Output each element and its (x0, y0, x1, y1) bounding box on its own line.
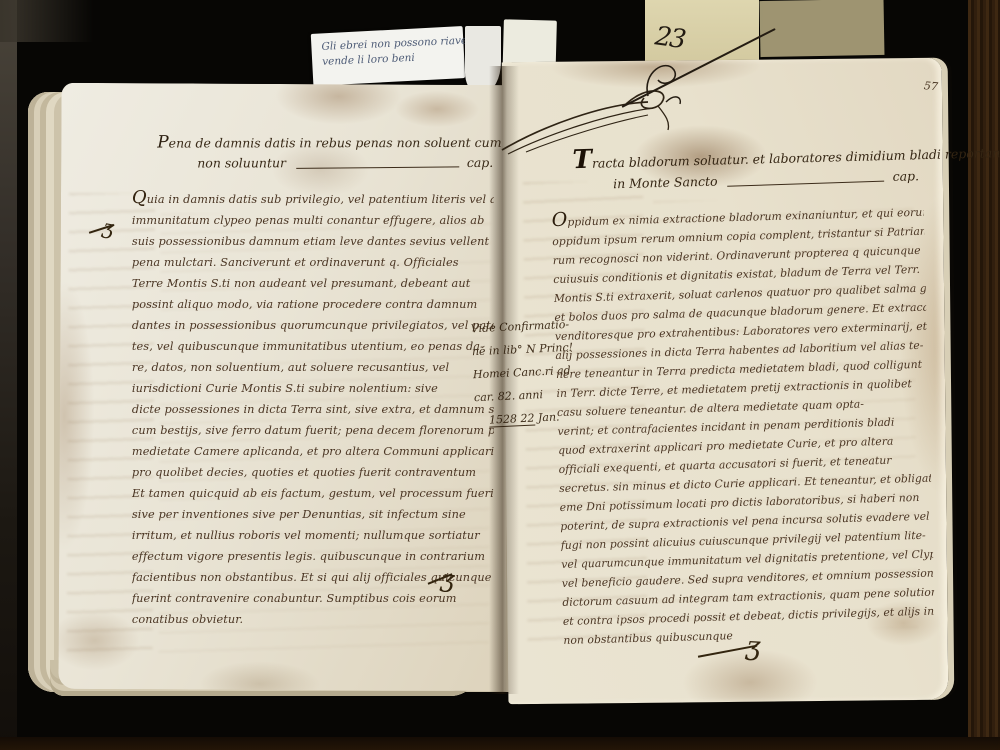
heading-text: in Monte Sancto (613, 171, 718, 195)
manuscript-line: medietate Camere aplicanda, et pro alter… (132, 441, 494, 462)
left-page-heading: Pena de damnis datis in rebus penas non … (157, 132, 493, 174)
paraph-mark: ʒ (440, 564, 457, 593)
manuscript-line: sive per inventiones sive per Denuntias,… (132, 504, 494, 525)
chapter-label: cap. (892, 165, 919, 187)
ruled-dash (728, 181, 885, 187)
photo-scene: Gli ebrei non possono riaverevende li lo… (0, 0, 1000, 750)
manuscript-line: re, datos, non soluentium, aut soluere r… (132, 357, 494, 378)
manuscript-line: irritum, et nullius roboris vel momenti;… (132, 525, 494, 546)
heading-line: non soluuntur cap. (157, 153, 493, 174)
table-corner-patch (0, 0, 110, 42)
manuscript-line: tes, vel quibuscunque immunitatibus uten… (132, 336, 494, 357)
manuscript-line: Quia in damnis datis sub privilegio, vel… (132, 187, 494, 210)
manuscript-line: dantes in possessionibus quorumcunque pr… (132, 315, 494, 336)
folio-number: 57 (923, 79, 938, 93)
paraph-mark: ʒ (101, 214, 116, 240)
manuscript-line: pro quolibet decies, quoties et quoties … (132, 462, 494, 483)
heading-line: Pena de damnis datis in rebus penas non … (157, 132, 493, 154)
heading-text: non soluuntur (197, 153, 286, 173)
manila-folder-corner (760, 0, 885, 57)
book-gutter (489, 66, 519, 694)
table-edge-left (0, 0, 17, 750)
manuscript-line: immunitatum clypeo penas multi conantur … (132, 210, 494, 231)
paraph-mark: ʒ (745, 631, 761, 662)
ink-curl (636, 52, 696, 108)
manuscript-line: cum bestijs, sive ferro datum fuerit; pe… (132, 420, 494, 441)
manuscript-line: Terre Montis S.ti non audeant vel presum… (132, 273, 494, 294)
manuscript-line: pena mulctari. Sanciverunt et ordinaveru… (132, 252, 494, 273)
right-page-body: Oppidum ex nimia extractione bladorum ex… (551, 201, 935, 650)
wood-table-edge-right (968, 0, 1000, 750)
manuscript-line: conatibus obvietur. (132, 609, 494, 630)
left-page: Pena de damnis datis in rebus penas non … (58, 83, 508, 691)
left-page-body: Quia in damnis datis sub privilegio, vel… (132, 187, 494, 630)
ruled-dash (296, 166, 459, 168)
manuscript-line: iurisdictioni Curie Montis S.ti subire n… (132, 378, 494, 399)
manuscript-line: effectum vigore presentis legis. quibusc… (132, 546, 494, 567)
note-card: Gli ebrei non possono riaverevende li lo… (311, 26, 466, 86)
table-edge-bottom (0, 737, 1000, 750)
manuscript-line: possint aliquo modo, via ratione procede… (132, 294, 494, 315)
manuscript-line: dicte possessiones in dicta Terra sint, … (132, 399, 494, 420)
paraph-glyph: ʒ (440, 564, 457, 593)
manuscript-line: Et tamen quicquid ab eis factum, gestum,… (132, 483, 494, 504)
note-card-text: Gli ebrei non possono riaverevende li lo… (321, 33, 458, 70)
manuscript-line: suis possessionibus damnum etiam leve da… (132, 231, 494, 252)
